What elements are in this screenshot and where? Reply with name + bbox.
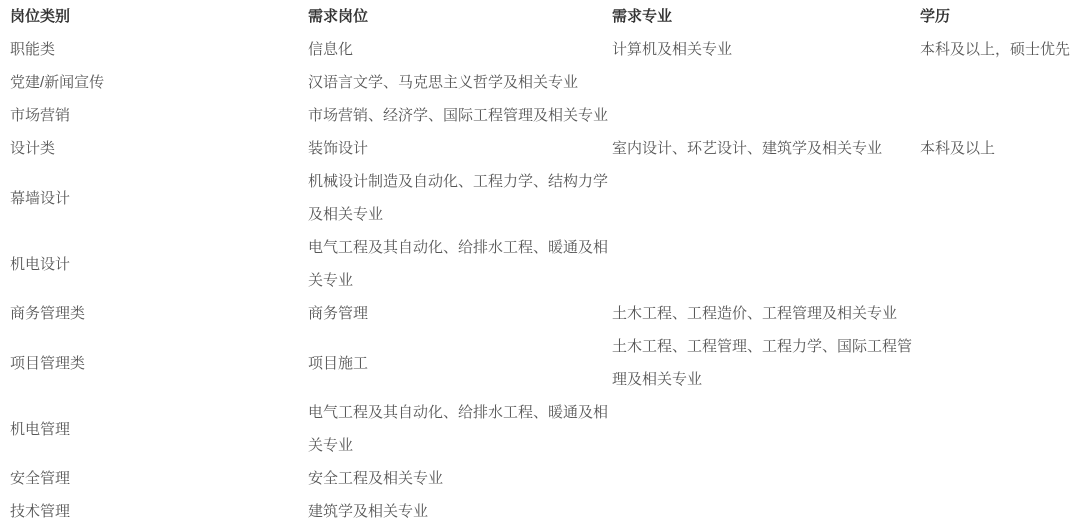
cell-education: 本科及以上，硕士优先: [920, 33, 1080, 66]
cell-category: 机电管理: [10, 396, 308, 462]
cell-major: [612, 462, 920, 495]
table-row: 党建/新闻宣传 汉语言文学、马克思主义哲学及相关专业: [10, 66, 1080, 99]
cell-position: 电气工程及其自动化、给排水工程、暖通及相关专业: [308, 231, 612, 297]
cell-major: 室内设计、环艺设计、建筑学及相关专业: [612, 132, 920, 165]
table-row: 机电设计 电气工程及其自动化、给排水工程、暖通及相关专业: [10, 231, 1080, 297]
table-header: 岗位类别 需求岗位 需求专业 学历: [10, 0, 1080, 33]
cell-position: 装饰设计: [308, 132, 612, 165]
table-row: 职能类 信息化 计算机及相关专业 本科及以上，硕士优先: [10, 33, 1080, 66]
cell-category: 设计类: [10, 132, 308, 165]
job-requirements-page: 岗位类别 需求岗位 需求专业 学历 职能类 信息化 计算机及相关专业 本科及以上…: [0, 0, 1080, 523]
cell-education: [920, 495, 1080, 523]
cell-category: 技术管理: [10, 495, 308, 523]
job-requirements-table: 岗位类别 需求岗位 需求专业 学历 职能类 信息化 计算机及相关专业 本科及以上…: [10, 0, 1080, 523]
cell-major: [612, 231, 920, 297]
cell-category: 安全管理: [10, 462, 308, 495]
cell-major: 计算机及相关专业: [612, 33, 920, 66]
cell-major: [612, 165, 920, 231]
table-row: 商务管理类 商务管理 土木工程、工程造价、工程管理及相关专业: [10, 297, 1080, 330]
cell-education: [920, 330, 1080, 396]
table-body: 职能类 信息化 计算机及相关专业 本科及以上，硕士优先 党建/新闻宣传 汉语言文…: [10, 33, 1080, 523]
column-header-position: 需求岗位: [308, 0, 612, 33]
cell-position: 机械设计制造及自动化、工程力学、结构力学及相关专业: [308, 165, 612, 231]
cell-category: 职能类: [10, 33, 308, 66]
header-row: 岗位类别 需求岗位 需求专业 学历: [10, 0, 1080, 33]
table-row: 设计类 装饰设计 室内设计、环艺设计、建筑学及相关专业 本科及以上: [10, 132, 1080, 165]
cell-position: 市场营销、经济学、国际工程管理及相关专业: [308, 99, 612, 132]
cell-education: 本科及以上: [920, 132, 1080, 165]
cell-education: [920, 66, 1080, 99]
cell-category: 项目管理类: [10, 330, 308, 396]
cell-major: [612, 66, 920, 99]
cell-education: [920, 462, 1080, 495]
column-header-major: 需求专业: [612, 0, 920, 33]
cell-education: [920, 396, 1080, 462]
table-row: 幕墙设计 机械设计制造及自动化、工程力学、结构力学及相关专业: [10, 165, 1080, 231]
column-header-education: 学历: [920, 0, 1080, 33]
cell-position: 建筑学及相关专业: [308, 495, 612, 523]
cell-category: 商务管理类: [10, 297, 308, 330]
table-row: 机电管理 电气工程及其自动化、给排水工程、暖通及相关专业: [10, 396, 1080, 462]
cell-major: [612, 99, 920, 132]
column-header-category: 岗位类别: [10, 0, 308, 33]
cell-category: 市场营销: [10, 99, 308, 132]
cell-category: 党建/新闻宣传: [10, 66, 308, 99]
cell-education: [920, 297, 1080, 330]
table-row: 市场营销 市场营销、经济学、国际工程管理及相关专业: [10, 99, 1080, 132]
cell-position: 信息化: [308, 33, 612, 66]
cell-position: 电气工程及其自动化、给排水工程、暖通及相关专业: [308, 396, 612, 462]
cell-education: [920, 99, 1080, 132]
cell-major: 土木工程、工程造价、工程管理及相关专业: [612, 297, 920, 330]
cell-major: [612, 495, 920, 523]
cell-position: 安全工程及相关专业: [308, 462, 612, 495]
cell-education: [920, 231, 1080, 297]
table-row: 技术管理 建筑学及相关专业: [10, 495, 1080, 523]
cell-category: 机电设计: [10, 231, 308, 297]
cell-major: [612, 396, 920, 462]
cell-education: [920, 165, 1080, 231]
cell-major: 土木工程、工程管理、工程力学、国际工程管理及相关专业: [612, 330, 920, 396]
cell-position: 汉语言文学、马克思主义哲学及相关专业: [308, 66, 612, 99]
table-row: 安全管理 安全工程及相关专业: [10, 462, 1080, 495]
cell-position: 项目施工: [308, 330, 612, 396]
cell-category: 幕墙设计: [10, 165, 308, 231]
table-row: 项目管理类 项目施工 土木工程、工程管理、工程力学、国际工程管理及相关专业: [10, 330, 1080, 396]
cell-position: 商务管理: [308, 297, 612, 330]
